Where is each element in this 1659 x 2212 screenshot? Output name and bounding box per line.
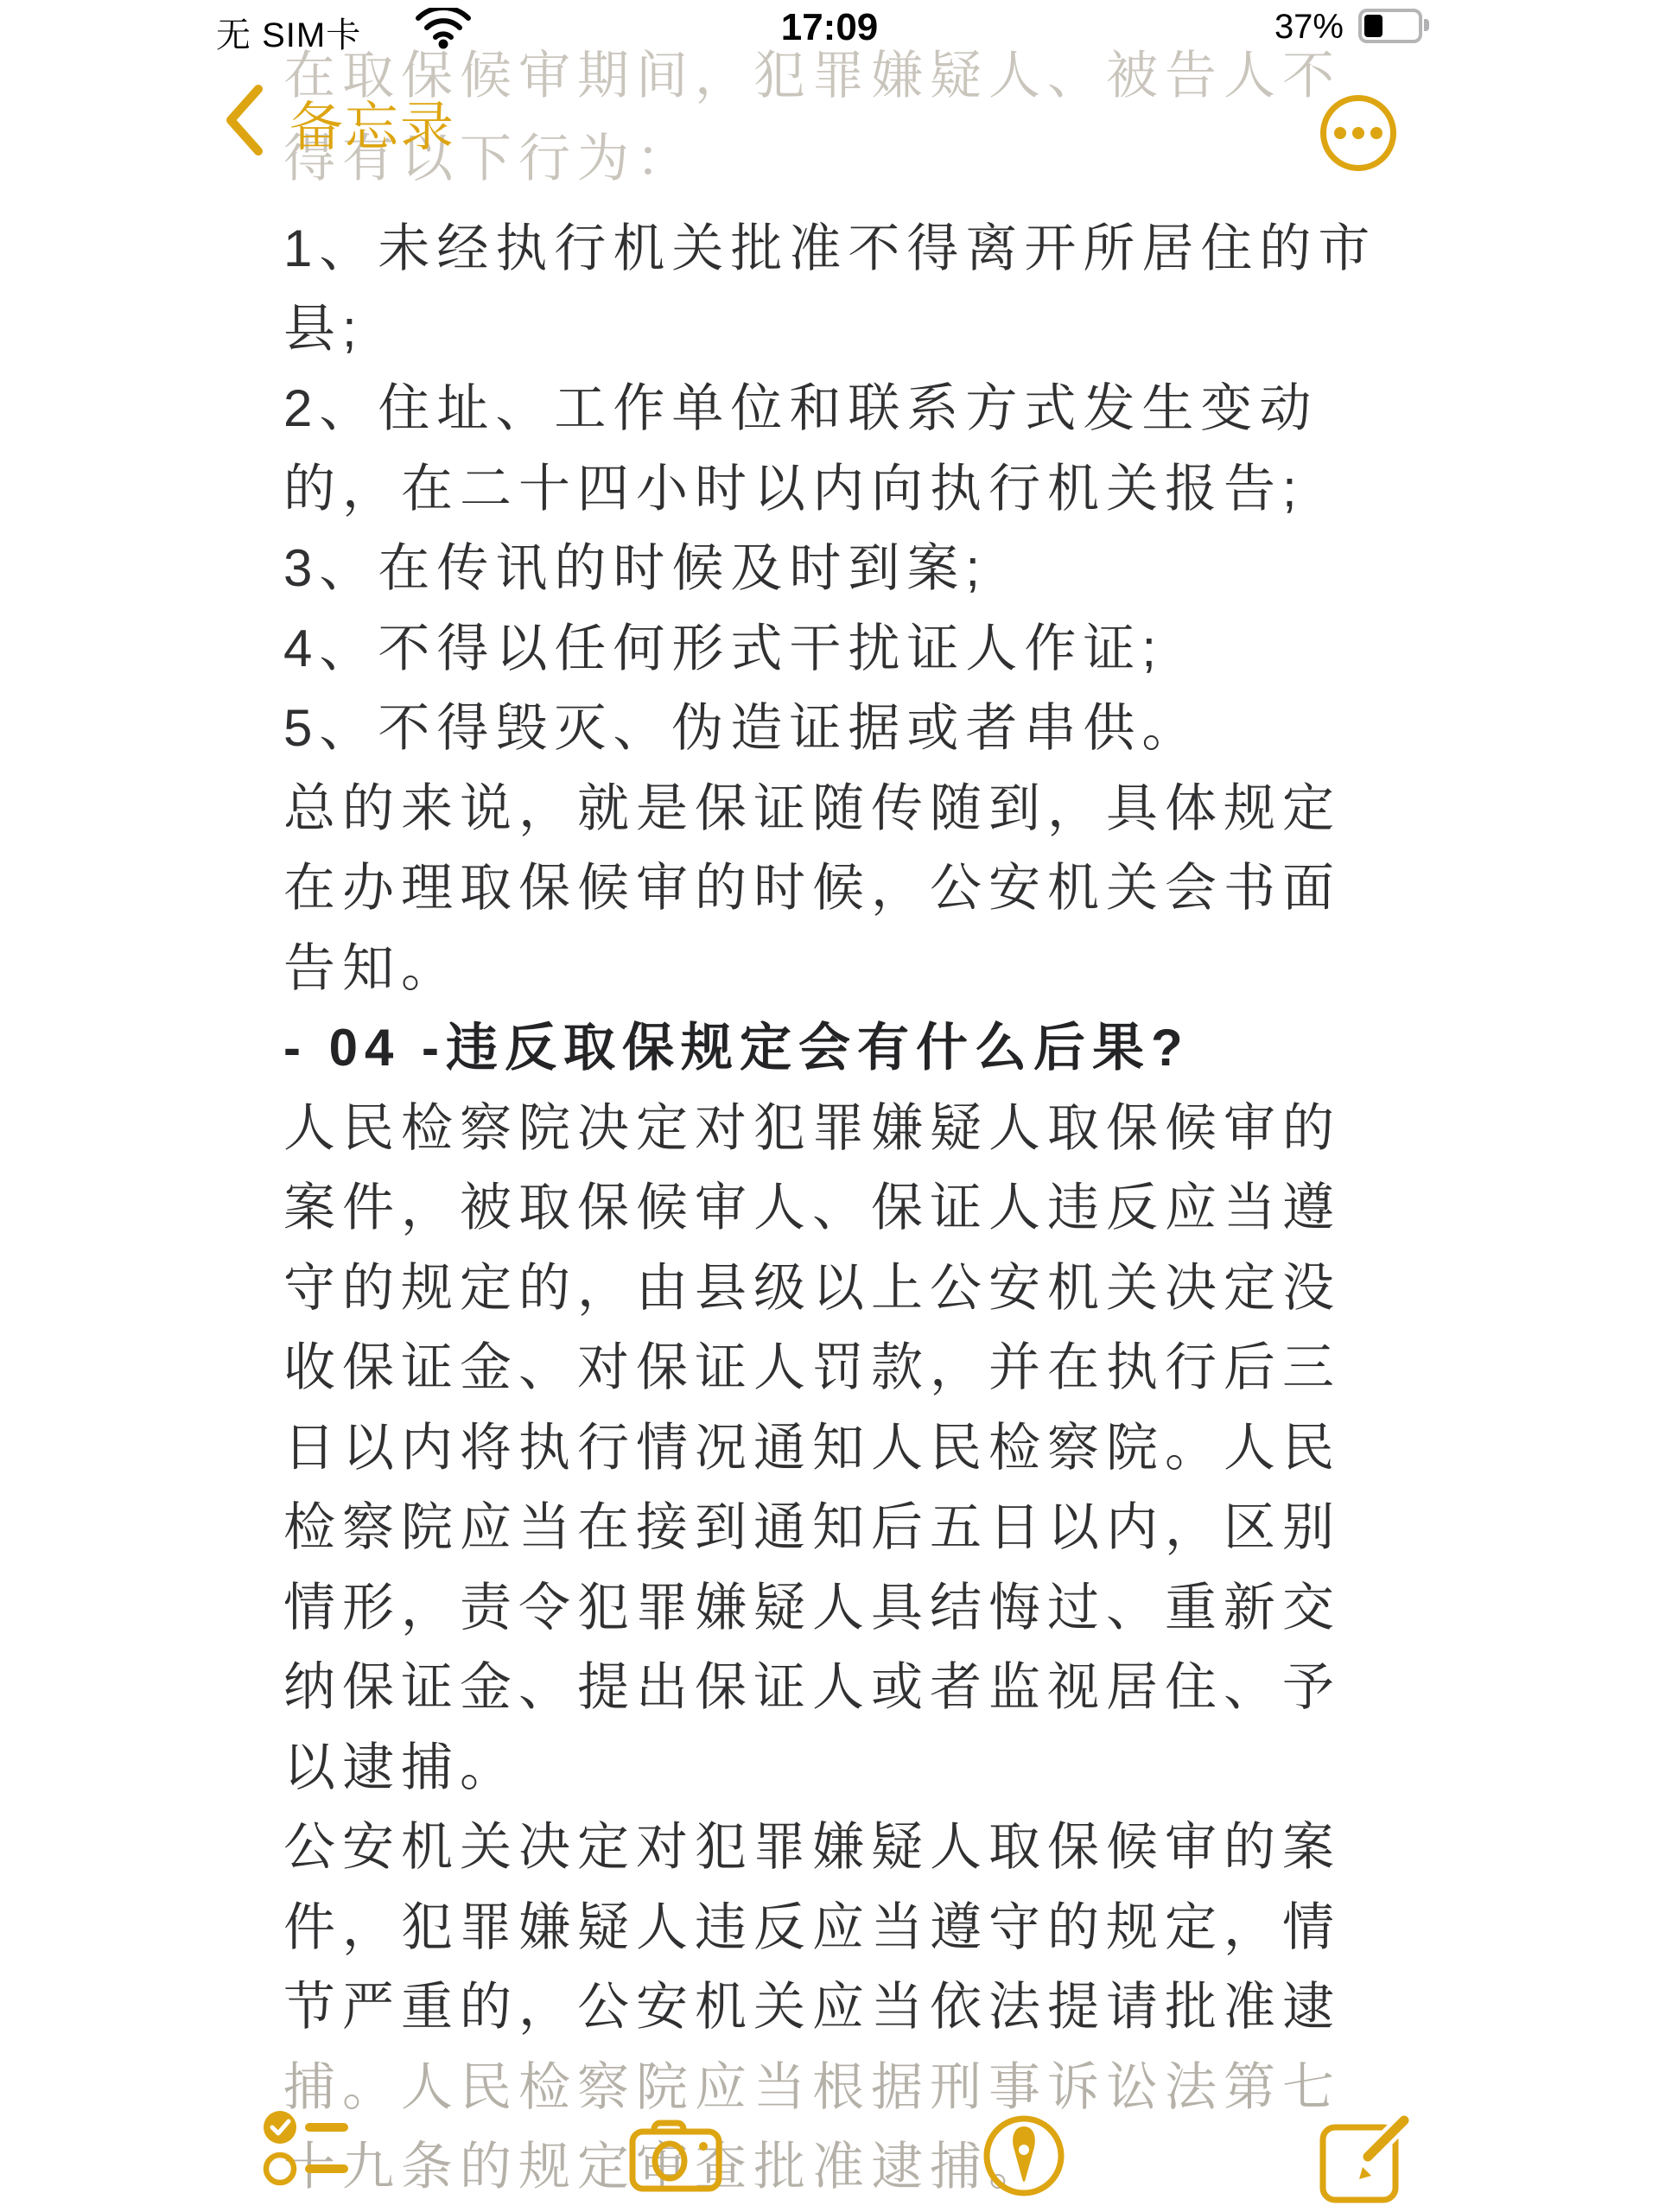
note-line: 检察院应当在接到通知后五日以内，区别 [283, 1488, 1398, 1568]
camera-button[interactable] [628, 2120, 723, 2196]
note-line: 5、不得毁灭、伪造证据或者串供。 [283, 689, 1398, 769]
nav-bar: 备忘录 [0, 83, 1659, 178]
wifi-icon [415, 8, 472, 54]
note-line: 1、未经执行机关批准不得离开所居住的市 [283, 209, 1398, 289]
battery-nub [1424, 19, 1429, 31]
note-line: 日以内将执行情况通知人民检察院。人民 [283, 1408, 1398, 1489]
bottom-toolbar [0, 2091, 1659, 2212]
note-line: 公安机关决定对犯罪嫌疑人取保候审的案 [283, 1808, 1398, 1888]
note-body[interactable]: 1、未经执行机关批准不得离开所居住的市县;2、住址、工作单位和联系方式发生变动的… [283, 209, 1398, 2208]
clock-label: 17:09 [741, 6, 918, 49]
battery-icon [1358, 9, 1422, 43]
note-line: 的，在二十四小时以内向执行机关报告; [283, 449, 1398, 530]
battery-percent-label: 37% [1231, 8, 1344, 47]
note-line: 4、不得以任何形式干扰证人作证; [283, 609, 1398, 690]
note-line: 纳保证金、提出保证人或者监视居住、予 [283, 1648, 1398, 1728]
more-button[interactable] [1320, 95, 1396, 171]
note-line: 3、在传讯的时候及时到案; [283, 529, 1398, 609]
notes-app-screen: 在取保候审期间，犯罪嫌疑人、被告人不 得有以下行为： 无 SIM卡 17:09 … [0, 0, 1659, 2212]
note-line: 守的规定的，由县级以上公安机关决定没 [283, 1249, 1398, 1329]
camera-icon [628, 2181, 723, 2196]
compose-button[interactable] [1318, 2107, 1414, 2208]
marker-pen-icon [981, 2188, 1067, 2202]
back-label: 备忘录 [289, 84, 455, 161]
checklist-icon [262, 2177, 352, 2192]
note-line: 2、住址、工作单位和联系方式发生变动 [283, 369, 1398, 449]
compose-icon [1318, 2192, 1414, 2207]
status-bar: 无 SIM卡 17:09 37% [0, 0, 1659, 52]
note-line: 节严重的，公安机关应当依法提请批准逮 [283, 1967, 1398, 2048]
chevron-left-icon [220, 83, 265, 162]
note-line: 人民检察院决定对犯罪嫌疑人取保候审的 [283, 1089, 1398, 1169]
note-line: 件，犯罪嫌疑人违反应当遵守的规定，情 [283, 1888, 1398, 1968]
note-line: 在办理取保候审的时候，公安机关会书面 [283, 849, 1398, 929]
markup-button[interactable] [981, 2113, 1067, 2203]
note-line: - 04 -违反取保规定会有什么后果? [283, 1008, 1398, 1089]
note-line: 县; [283, 289, 1398, 370]
note-line: 案件，被取保候审人、保证人违反应当遵 [283, 1168, 1398, 1249]
note-line: 总的来说，就是保证随传随到，具体规定 [283, 769, 1398, 849]
note-line: 以逮捕。 [283, 1728, 1398, 1808]
checklist-button[interactable] [262, 2107, 352, 2193]
carrier-label: 无 SIM卡 [216, 8, 361, 57]
note-line: 告知。 [283, 929, 1398, 1009]
note-line: 收保证金、对保证人罚款，并在执行后三 [283, 1328, 1398, 1408]
ellipsis-circle-icon [1334, 127, 1346, 139]
back-button[interactable]: 备忘录 [220, 83, 455, 162]
note-line: 情形，责令犯罪嫌疑人具结悔过、重新交 [283, 1568, 1398, 1649]
